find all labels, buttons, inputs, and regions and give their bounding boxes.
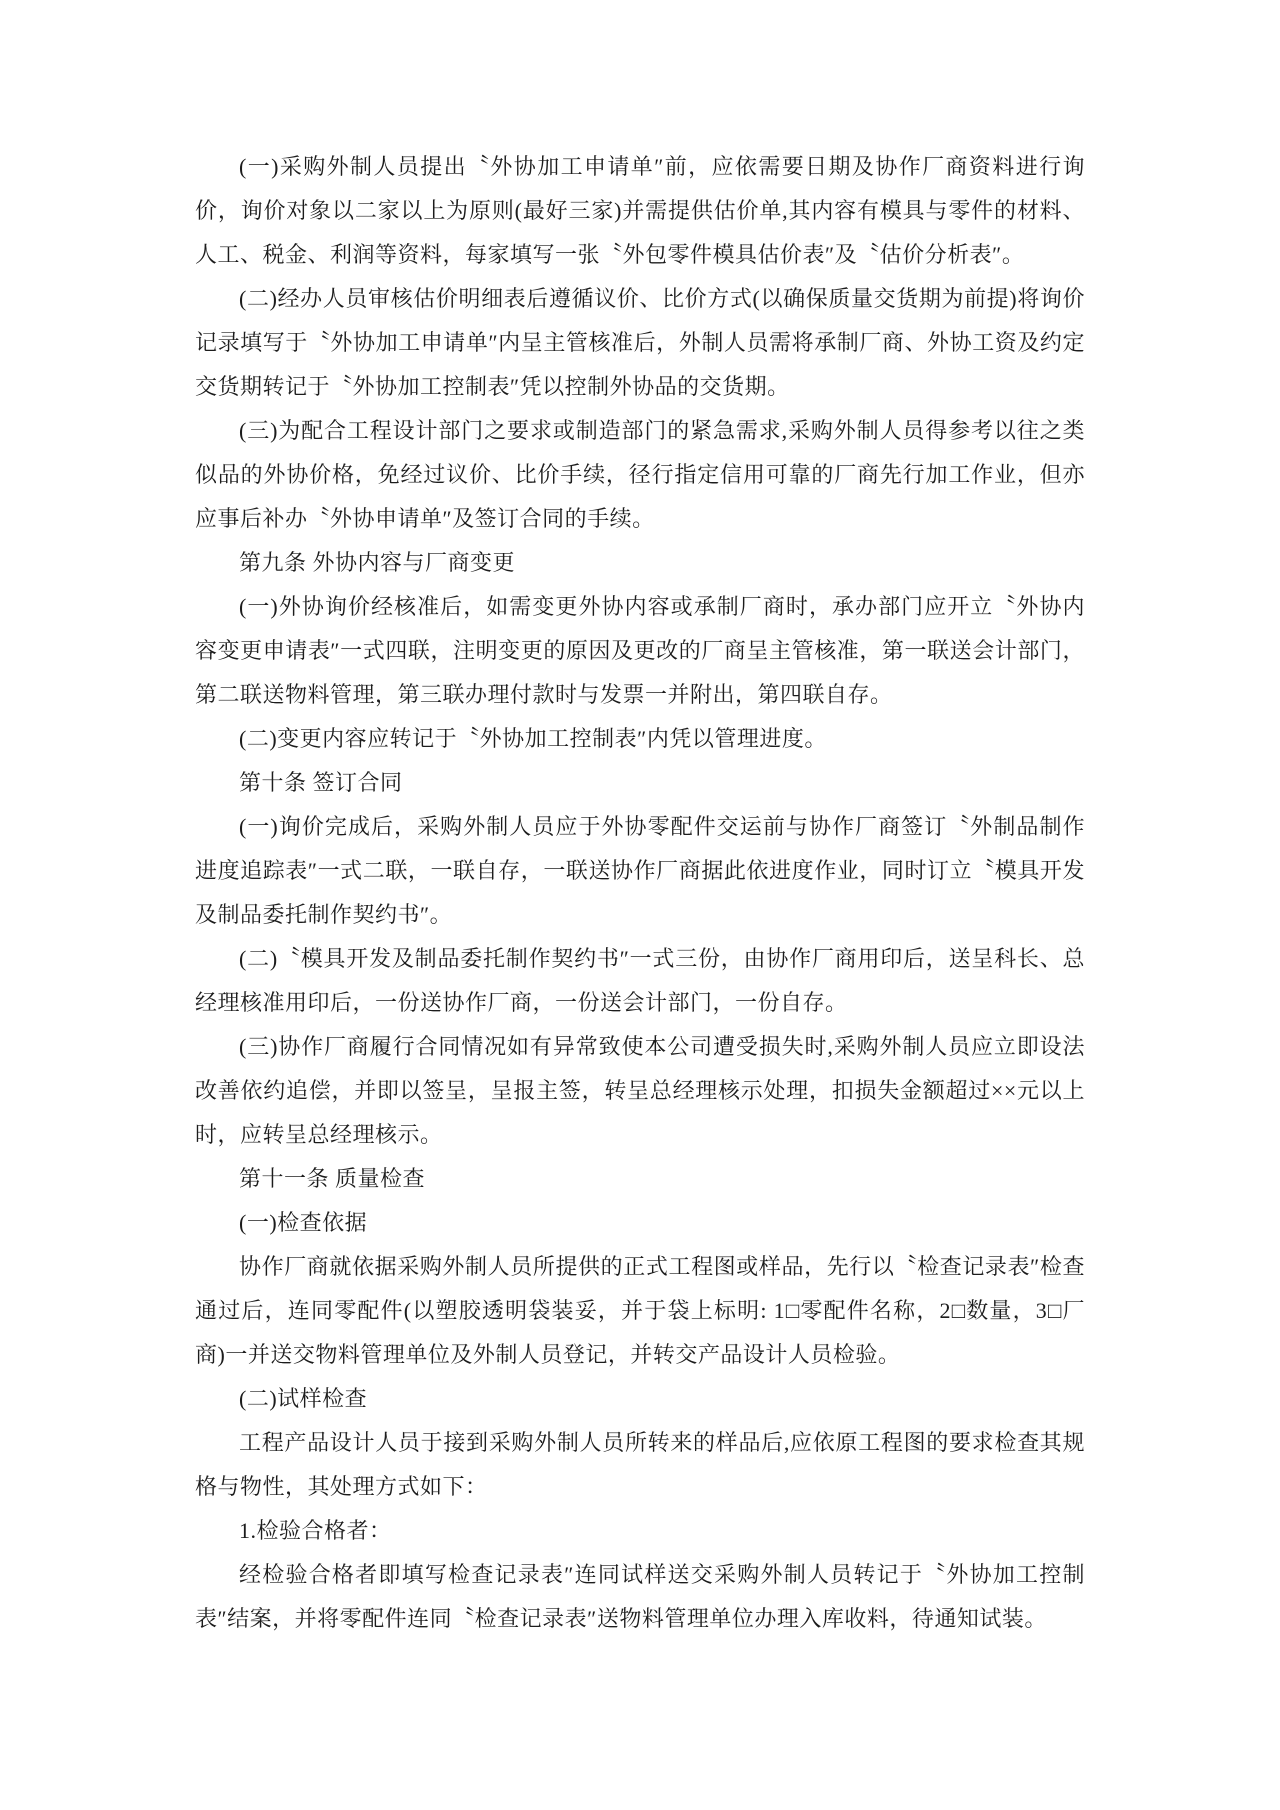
document-page: (一)采购外制人员提出〝外协加工申请单″前，应依需要日期及协作厂商资料进行询价，… xyxy=(0,0,1280,1810)
paragraph: (一)采购外制人员提出〝外协加工申请单″前，应依需要日期及协作厂商资料进行询价，… xyxy=(195,145,1085,277)
paragraph: (三)为配合工程设计部门之要求或制造部门的紧急需求,采购外制人员得参考以往之类似… xyxy=(195,409,1085,541)
article-heading: 第九条 外协内容与厂商变更 xyxy=(195,541,1085,585)
paragraph: (二)经办人员审核估价明细表后遵循议价、比价方式(以确保质量交货期为前提)将询价… xyxy=(195,277,1085,409)
paragraph: 协作厂商就依据采购外制人员所提供的正式工程图或样品，先行以〝检查记录表″检查通过… xyxy=(195,1245,1085,1377)
paragraph: (一)检查依据 xyxy=(195,1201,1085,1245)
paragraph: (三)协作厂商履行合同情况如有异常致使本公司遭受损失时,采购外制人员应立即设法改… xyxy=(195,1025,1085,1157)
paragraph: (一)询价完成后，采购外制人员应于外协零配件交运前与协作厂商签订〝外制品制作进度… xyxy=(195,805,1085,937)
article-heading: 第十一条 质量检查 xyxy=(195,1157,1085,1201)
paragraph: 经检验合格者即填写检查记录表″连同试样送交采购外制人员转记于〝外协加工控制表″结… xyxy=(195,1553,1085,1641)
paragraph: (二)变更内容应转记于〝外协加工控制表″内凭以管理进度。 xyxy=(195,717,1085,761)
document-content: (一)采购外制人员提出〝外协加工申请单″前，应依需要日期及协作厂商资料进行询价，… xyxy=(0,0,1280,1641)
paragraph: (二)试样检查 xyxy=(195,1377,1085,1421)
paragraph: 工程产品设计人员于接到采购外制人员所转来的样品后,应依原工程图的要求检查其规格与… xyxy=(195,1421,1085,1509)
article-heading: 第十条 签订合同 xyxy=(195,761,1085,805)
paragraph: (一)外协询价经核准后，如需变更外协内容或承制厂商时，承办部门应开立〝外协内容变… xyxy=(195,585,1085,717)
paragraph: 1.检验合格者： xyxy=(195,1509,1085,1553)
paragraph: (二)〝模具开发及制品委托制作契约书″一式三份，由协作厂商用印后，送呈科长、总经… xyxy=(195,937,1085,1025)
